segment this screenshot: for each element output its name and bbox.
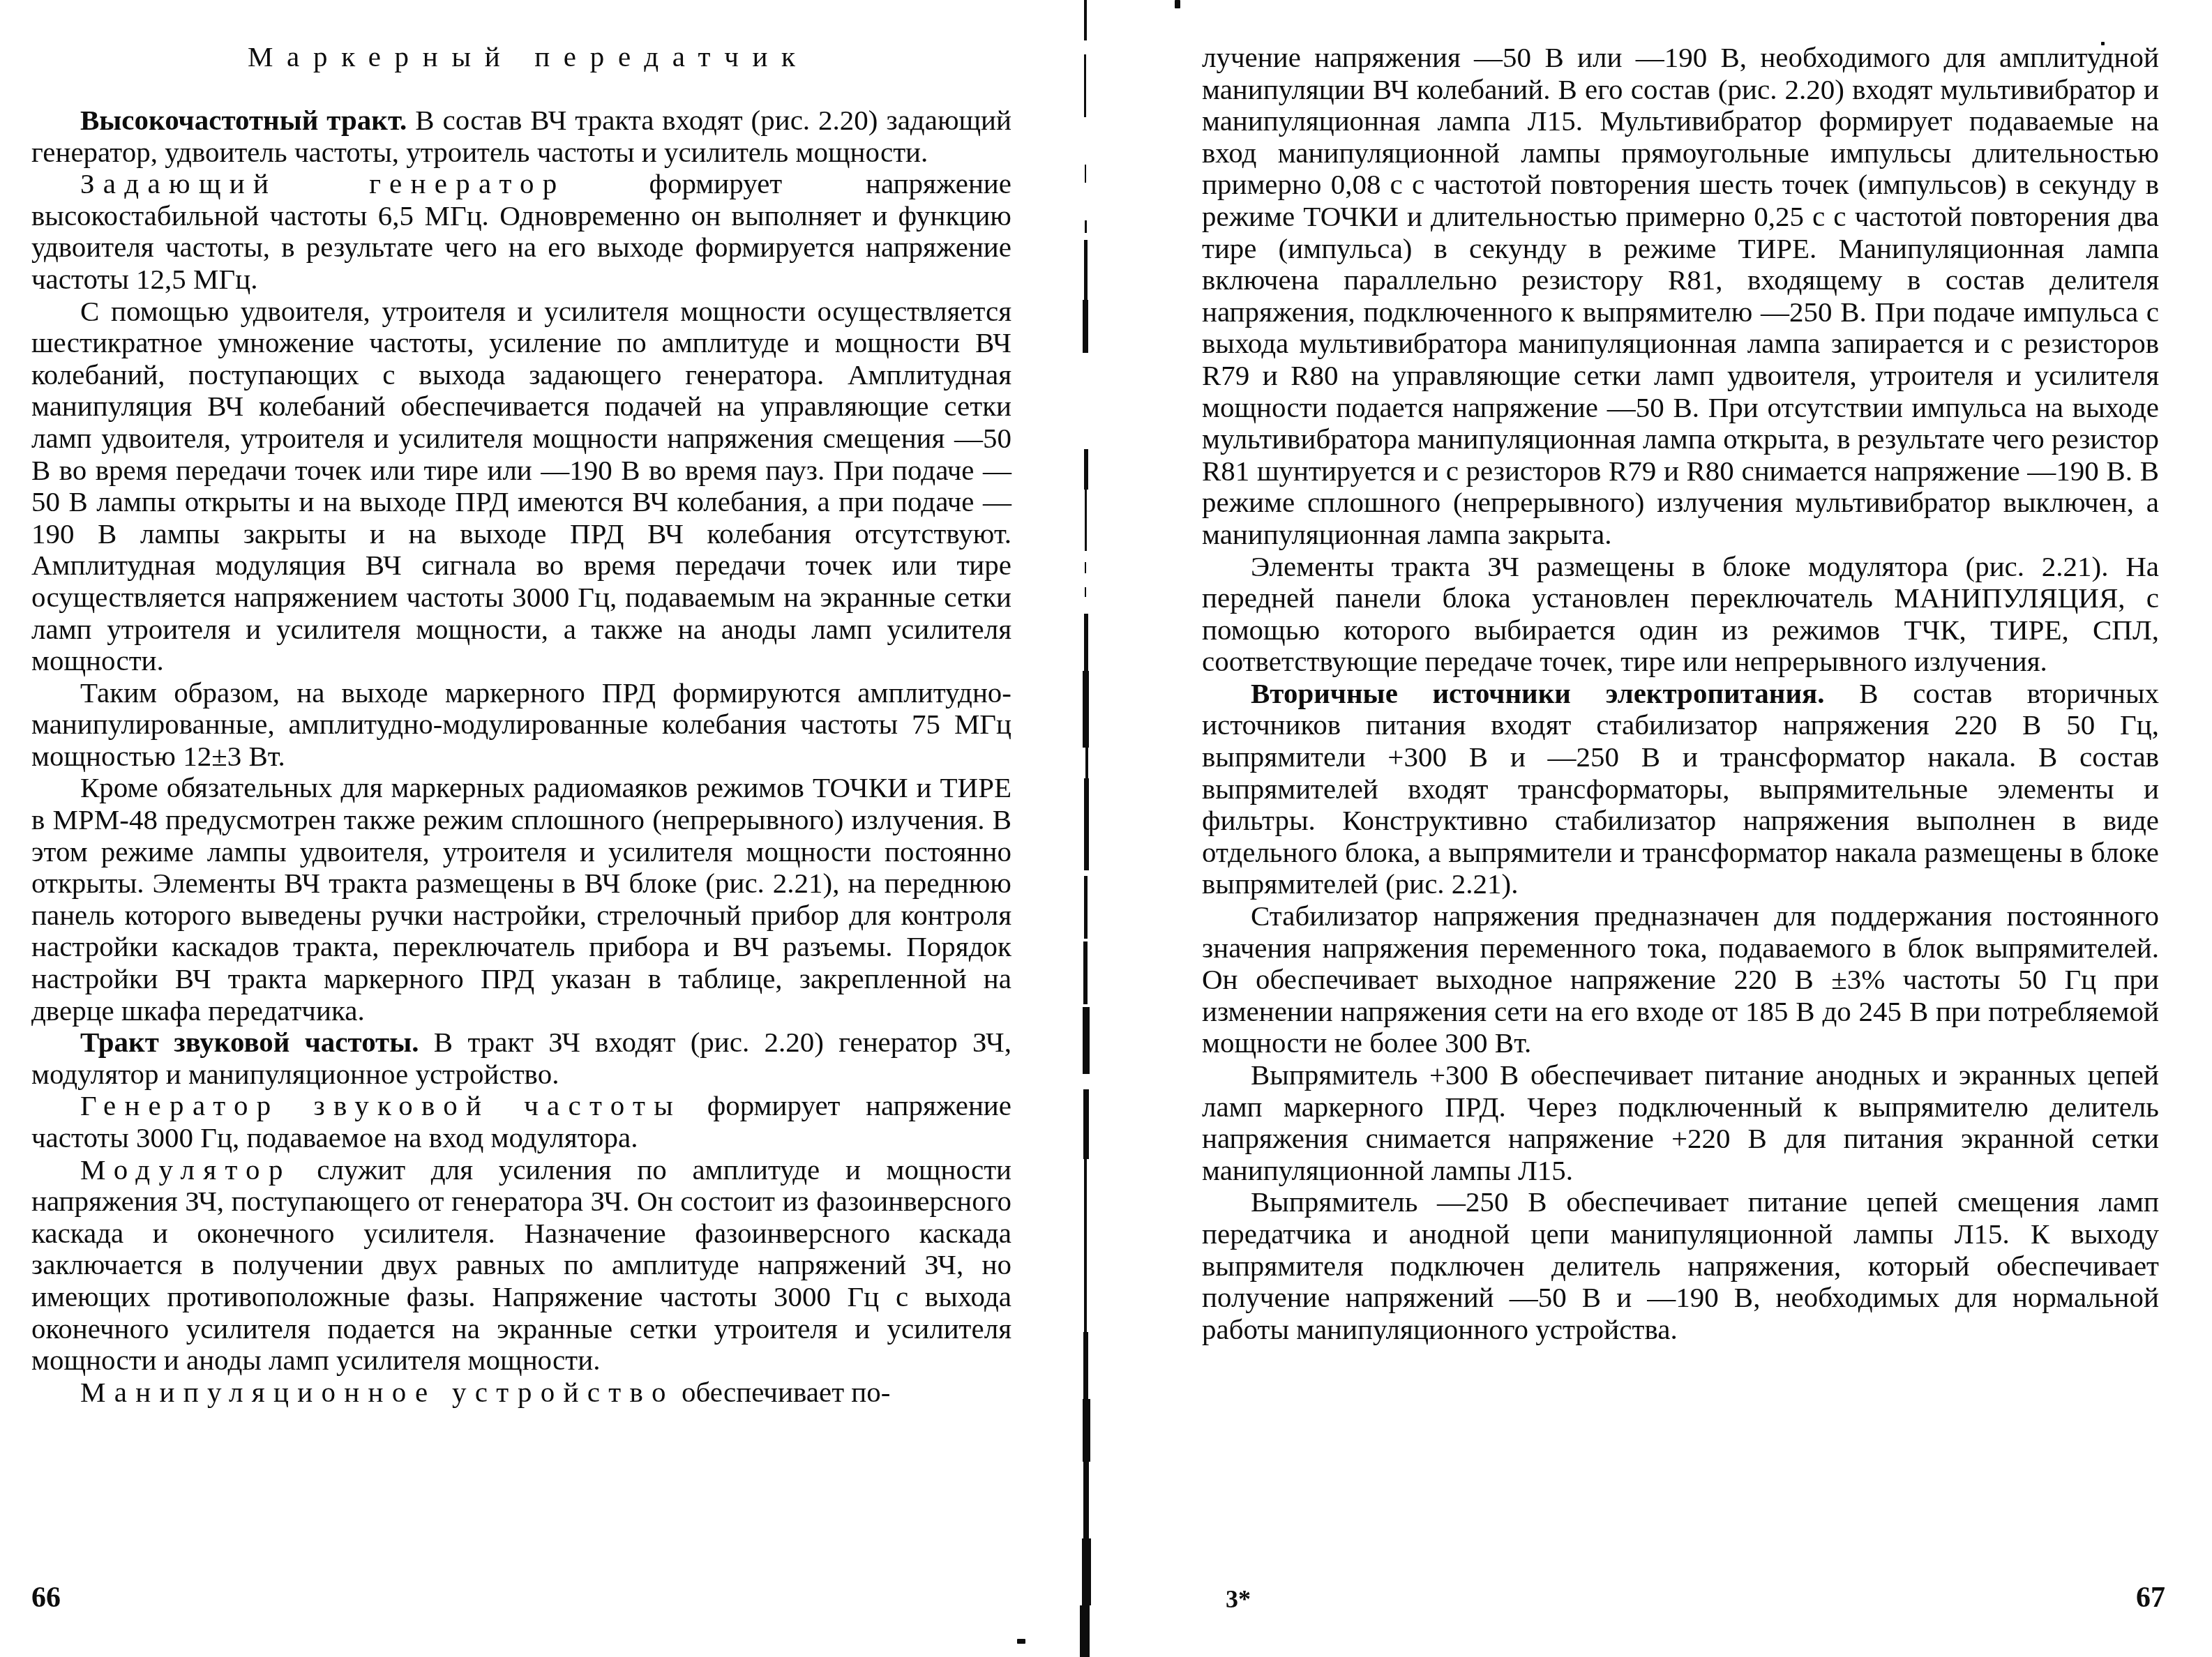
emphasized-term: Задающий генератор bbox=[80, 167, 566, 199]
paragraph: Таким образом, на выходе маркерного ПРД … bbox=[31, 677, 1011, 773]
body-text: Таким образом, на выходе маркерного ПРД … bbox=[31, 676, 1011, 772]
body-text: Элементы тракта ЗЧ размещены в блоке мод… bbox=[1202, 550, 2159, 678]
body-text: Выпрямитель +300 В обеспечивает питание … bbox=[1202, 1059, 2159, 1186]
emphasized-term: Манипуляционное устройство bbox=[80, 1376, 675, 1408]
left-page: Маркерный передатчик Высокочастотный тра… bbox=[31, 0, 1011, 1408]
emphasized-term: Модулятор bbox=[80, 1153, 292, 1186]
paragraph: Генератор звуковой частоты формирует нап… bbox=[31, 1090, 1011, 1153]
paragraph: С помощью удвоителя, утроителя и усилите… bbox=[31, 296, 1011, 677]
body-text: Кроме обязательных для маркерных радиома… bbox=[31, 771, 1011, 1026]
paragraph: Кроме обязательных для маркерных радиома… bbox=[31, 772, 1011, 1027]
body-text: служит для усиления по амплитуде и мощно… bbox=[31, 1153, 1011, 1377]
page-title: Маркерный передатчик bbox=[31, 40, 1011, 73]
run-in-heading: Тракт звуковой частоты. bbox=[80, 1026, 419, 1058]
binding-gutter-line bbox=[1074, 0, 1105, 1657]
scan-speck bbox=[1175, 0, 1180, 8]
emphasized-term: Генератор звуковой частоты bbox=[80, 1089, 682, 1121]
page-number-right: 67 bbox=[2108, 1582, 2165, 1614]
body-text: В состав вторичных источников питания вх… bbox=[1202, 677, 2159, 900]
scan-speck bbox=[2101, 42, 2105, 45]
paragraph: Выпрямитель +300 В обеспечивает питание … bbox=[1202, 1059, 2159, 1186]
right-page-text: лучение напряжения —50 В или —190 В, нео… bbox=[1202, 0, 2159, 1345]
paragraph: Тракт звуковой частоты. В тракт ЗЧ входя… bbox=[31, 1027, 1011, 1090]
body-text: С помощью удвоителя, утроителя и усилите… bbox=[31, 295, 1011, 677]
body-text: лучение напряжения —50 В или —190 В, нео… bbox=[1202, 41, 2159, 550]
scan-speck bbox=[1017, 1639, 1025, 1644]
paragraph: Манипуляционное устройство обеспечивает … bbox=[31, 1377, 1011, 1409]
page-number-left: 66 bbox=[31, 1582, 61, 1614]
scanned-book-spread: { "colors": { "paper": "#ffffff", "ink":… bbox=[0, 0, 2212, 1657]
paragraph: Высокочастотный тракт. В состав ВЧ тракт… bbox=[31, 105, 1011, 168]
left-page-text: Высокочастотный тракт. В состав ВЧ тракт… bbox=[31, 105, 1011, 1408]
paragraph: лучение напряжения —50 В или —190 В, нео… bbox=[1202, 42, 2159, 551]
signature-mark: 3* bbox=[1226, 1584, 1251, 1614]
paragraph: Вторичные источники электропитания. В со… bbox=[1202, 678, 2159, 900]
paragraph: Задающий генератор формирует напряжение … bbox=[31, 168, 1011, 295]
paragraph: Элементы тракта ЗЧ размещены в блоке мод… bbox=[1202, 551, 2159, 678]
body-text: Стабилизатор напряжения предназначен для… bbox=[1202, 900, 2159, 1059]
run-in-heading: Вторичные источники электропитания. bbox=[1251, 677, 1824, 709]
body-text: обеспечивает по- bbox=[675, 1376, 891, 1408]
paragraph: Модулятор служит для усиления по амплиту… bbox=[31, 1154, 1011, 1377]
run-in-heading: Высокочастотный тракт. bbox=[80, 104, 407, 136]
paragraph: Выпрямитель —250 В обеспечивает питание … bbox=[1202, 1186, 2159, 1345]
right-page: лучение напряжения —50 В или —190 В, нео… bbox=[1202, 0, 2159, 1345]
paragraph: Стабилизатор напряжения предназначен для… bbox=[1202, 900, 2159, 1059]
body-text: Выпрямитель —250 В обеспечивает питание … bbox=[1202, 1186, 2159, 1345]
